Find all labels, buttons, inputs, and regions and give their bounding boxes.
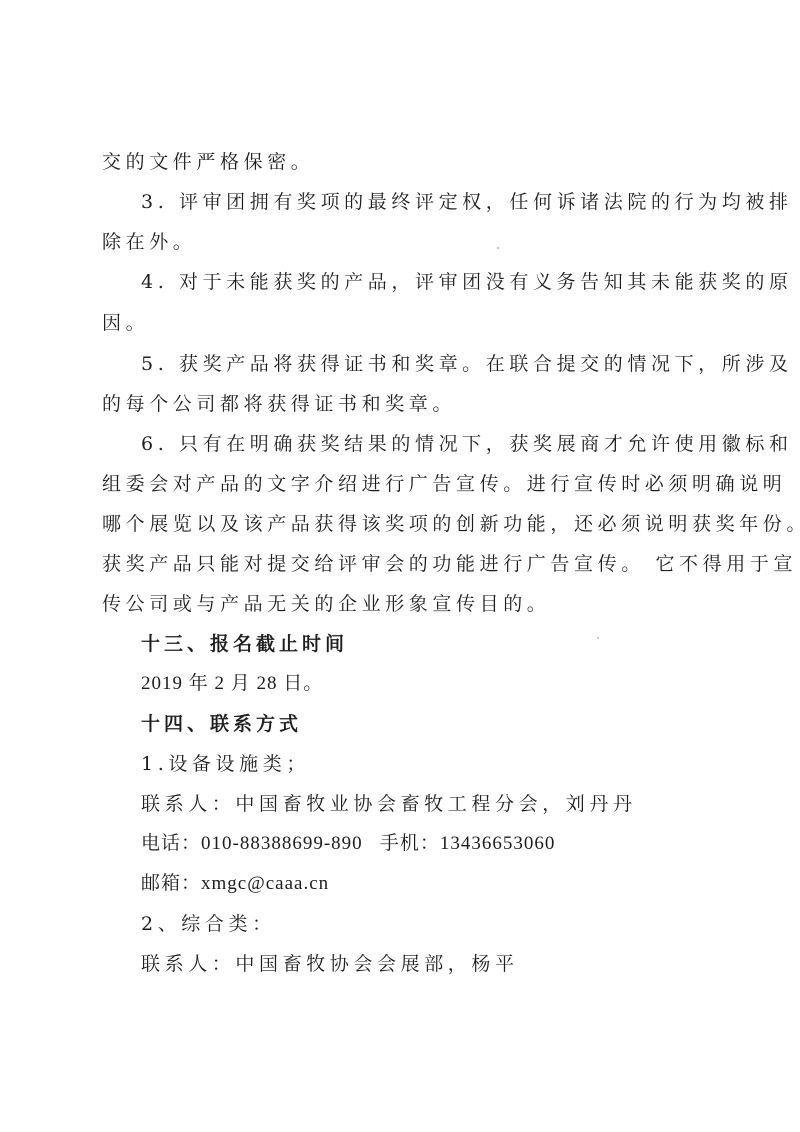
paragraph-line: 除在外。 [102, 230, 196, 254]
scan-speck [597, 637, 599, 639]
paragraph-line: 4. 对于未能获奖的产品，评审团没有义务告知其未能获奖的原 [141, 270, 793, 294]
section-heading-contact: 十四、联系方式 [141, 712, 302, 736]
paragraph-line: 交的文件严格保密。 [102, 150, 314, 174]
category-2-contact-person: 联系人：中国畜牧协会会展部，杨平 [141, 952, 519, 976]
category-1-title: 1.设备设施类； [141, 752, 310, 776]
paragraph-line: 的每个公司都将获得证书和奖章。 [102, 392, 456, 416]
deadline-date: 2019 年 2 月 28 日。 [141, 672, 323, 696]
scan-speck [497, 247, 499, 249]
category-1-email: 邮箱：xmgc@caaa.cn [141, 872, 329, 896]
paragraph-line: 传公司或与产品无关的企业形象宣传目的。 [102, 592, 550, 616]
paragraph-line: 获奖产品只能对提交给评审会的功能进行广告宣传。 它不得用于宣 [102, 552, 797, 576]
paragraph-line: 3. 评审团拥有奖项的最终评定权，任何诉诸法院的行为均被排 [141, 190, 793, 214]
paragraph-line: 5. 获奖产品将获得证书和奖章。在联合提交的情况下，所涉及 [141, 352, 793, 376]
paragraph-line: 哪个展览以及该产品获得该奖项的创新功能，还必须说明获奖年份。 [102, 512, 800, 536]
category-1-phone: 电话：010-88388699-890 手机：13436653060 [141, 832, 555, 856]
paragraph-line: 6. 只有在明确获奖结果的情况下，获奖展商才允许使用徽标和 [141, 432, 793, 456]
paragraph-line: 因。 [102, 311, 149, 335]
paragraph-line: 组委会对产品的文字介绍进行广告宣传。进行宣传时必须明确说明 [102, 472, 786, 496]
category-2-title: 2、综合类： [141, 912, 276, 936]
category-1-contact-person: 联系人：中国畜牧业协会畜牧工程分会，刘丹丹 [141, 792, 637, 816]
section-heading-deadline: 十三、报名截止时间 [141, 632, 348, 656]
